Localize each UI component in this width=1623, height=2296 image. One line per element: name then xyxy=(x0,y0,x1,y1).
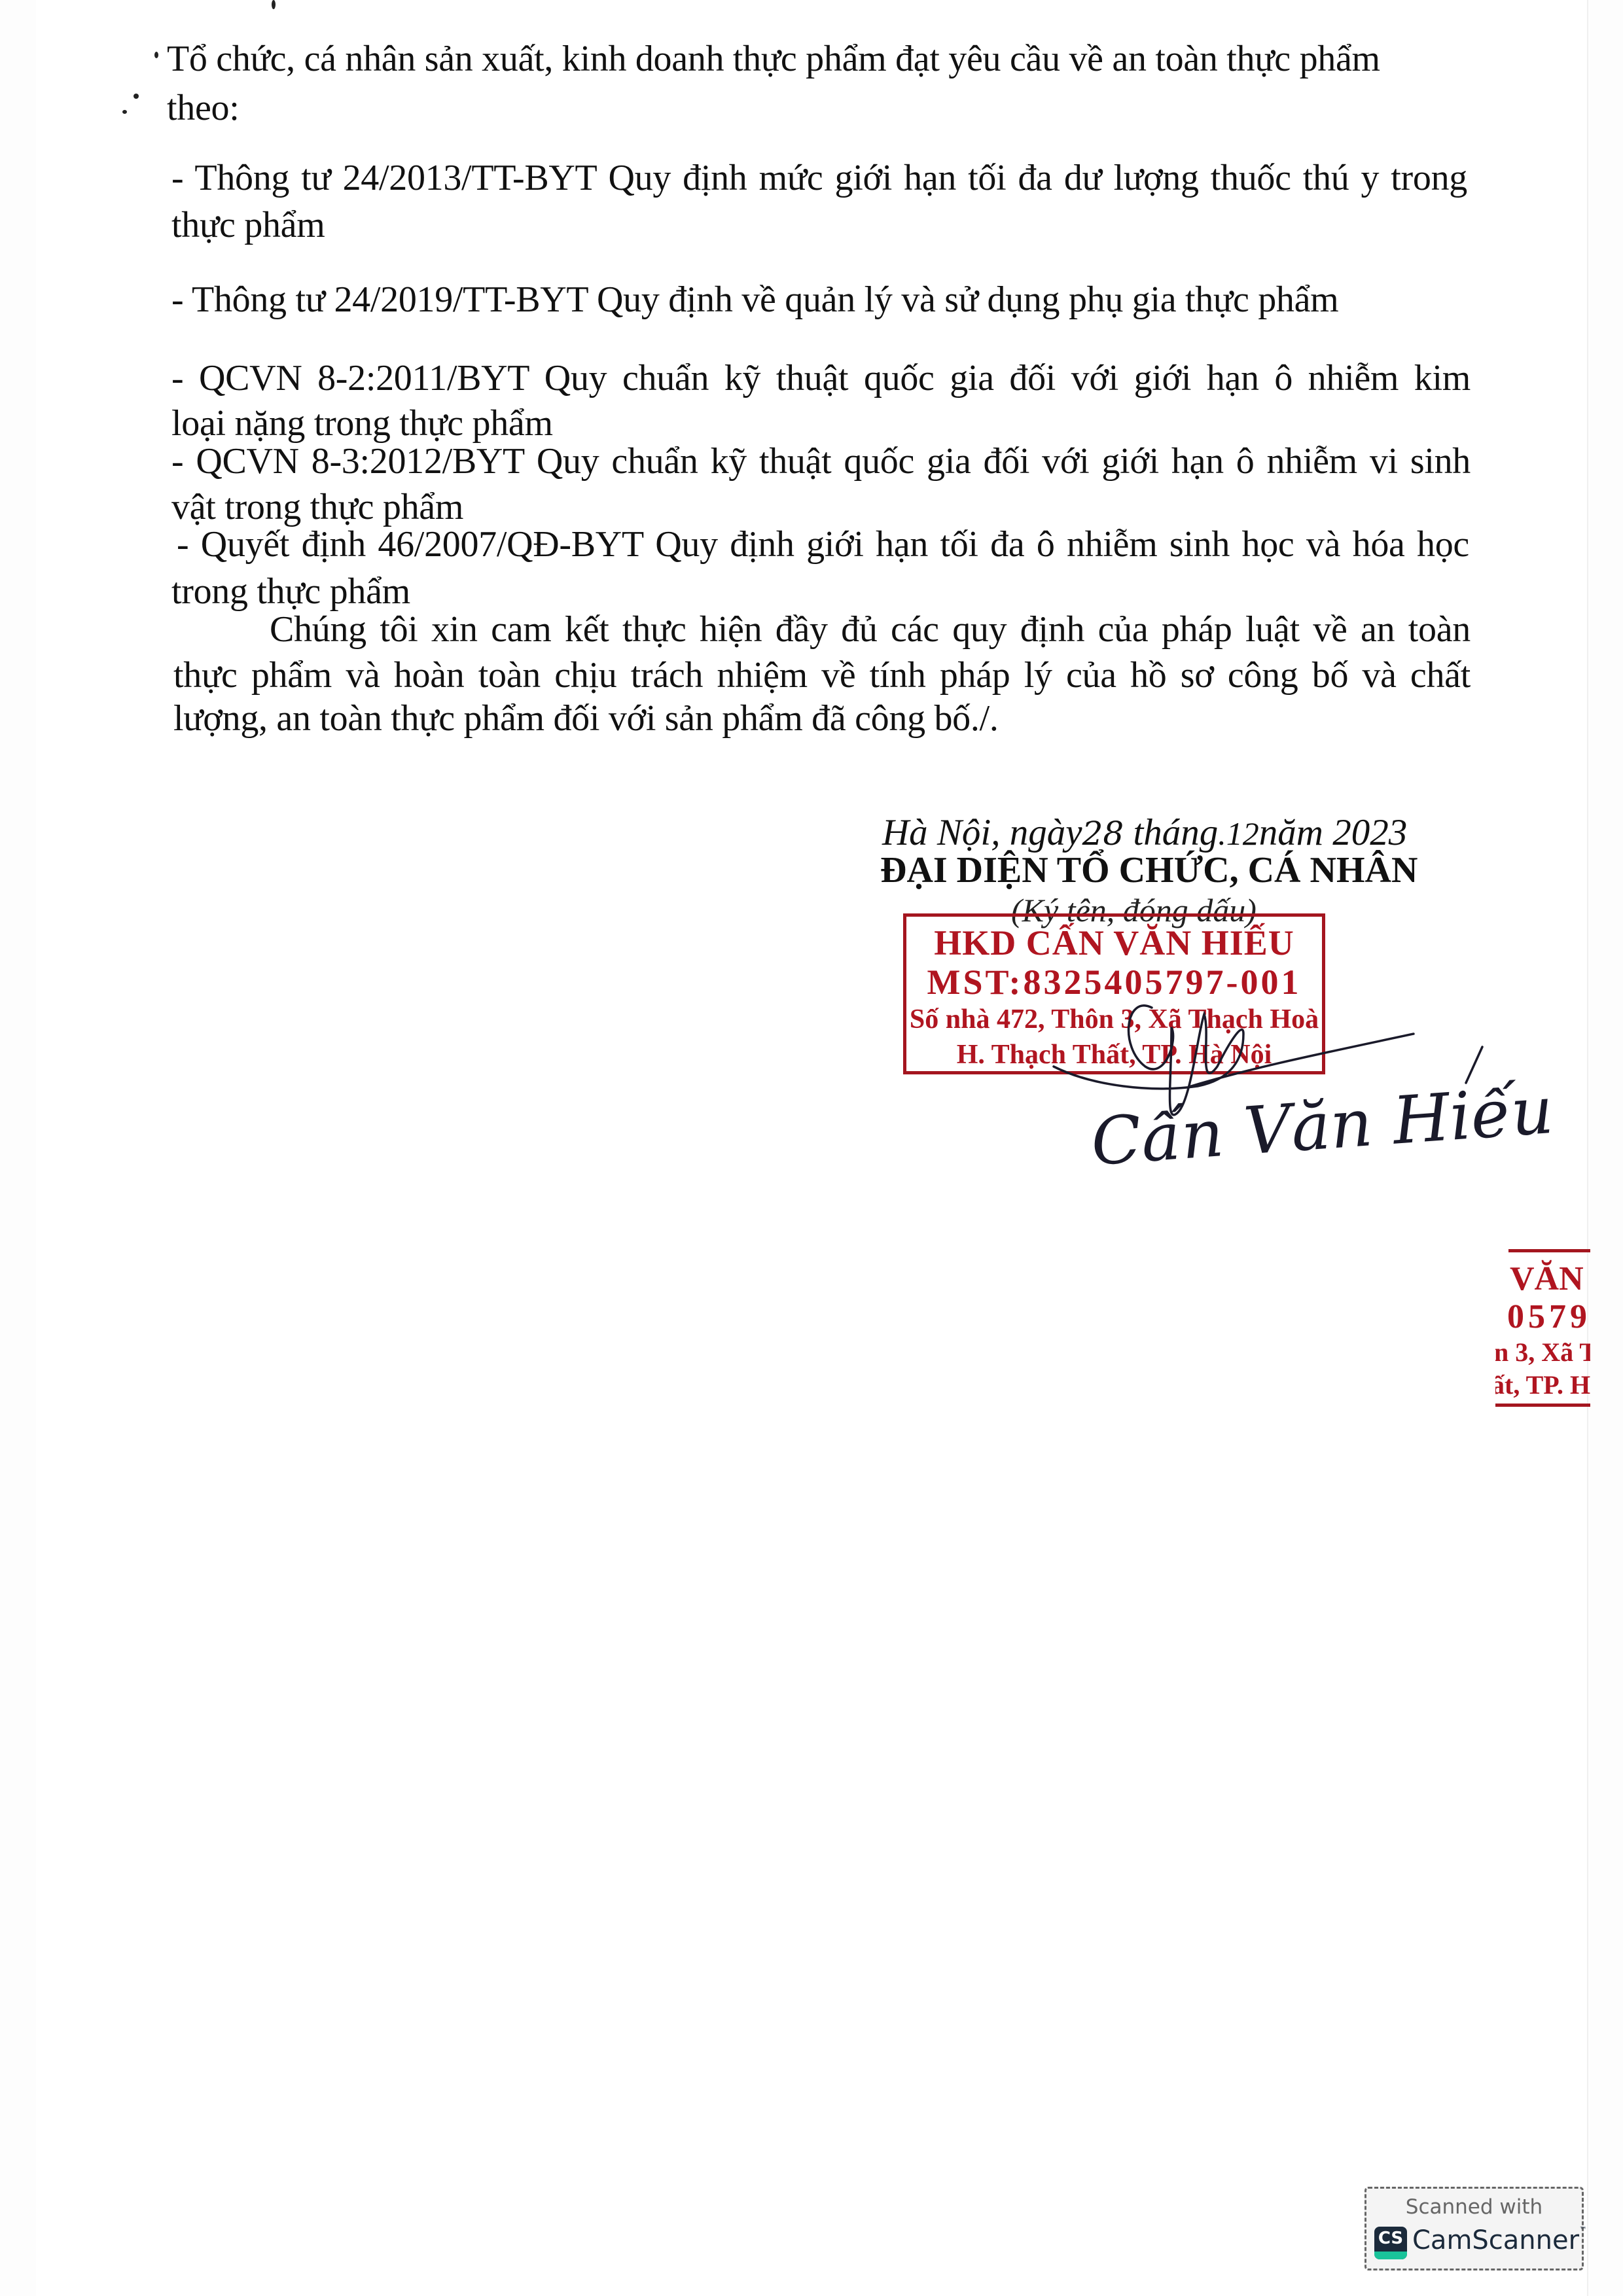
regulation-item-cont: vật trong thực phẩm xyxy=(171,486,463,528)
date-year: năm 2023 xyxy=(1259,812,1407,853)
intro-line-cont: theo: xyxy=(167,87,239,129)
scan-speck xyxy=(122,110,127,114)
regulation-item-cont: thực phẩm xyxy=(171,204,325,246)
partial-stamp-text: ất, TP. H xyxy=(1495,1369,1590,1400)
intro-line: Tổ chức, cá nhân sản xuất, kinh doanh th… xyxy=(167,38,1380,80)
scan-speck xyxy=(134,94,139,99)
commitment-paragraph: Chúng tôi xin cam kết thực hiện đầy đủ c… xyxy=(270,609,1471,650)
commitment-paragraph: thực phẩm và hoàn toàn chịu trách nhiệm … xyxy=(173,654,1471,696)
stamp-border xyxy=(1508,1249,1590,1252)
camscanner-logo-icon: CS xyxy=(1374,2227,1407,2259)
commitment-paragraph: lượng, an toàn thực phẩm đối với sản phẩ… xyxy=(173,698,999,739)
partial-stamp-text: n 3, Xã T xyxy=(1495,1337,1590,1368)
regulation-item: - Quyết định 46/2007/QĐ-BYT Quy định giớ… xyxy=(177,523,1469,565)
partial-stamp-text: VĂN xyxy=(1510,1260,1584,1298)
regulation-item: - QCVN 8-3:2012/BYT Quy chuẩn kỹ thuật q… xyxy=(171,440,1471,482)
date-line: Hà Nội, ngày28 tháng.12năm 2023 xyxy=(882,811,1407,854)
regulation-item: - QCVN 8-2:2011/BYT Quy chuẩn kỹ thuật q… xyxy=(171,357,1471,399)
stamp-border xyxy=(1495,1404,1590,1407)
partial-stamp-text: 0579 xyxy=(1507,1298,1590,1336)
date-day: 28 xyxy=(1082,815,1124,853)
date-prefix: Hà Nội, ngày xyxy=(882,812,1082,853)
date-month: .12 xyxy=(1218,815,1259,852)
partial-stamp-edge: VĂN 0579 n 3, Xã T ất, TP. H xyxy=(1495,1246,1590,1410)
camscanner-watermark: Scanned with CS CamScanner™ xyxy=(1364,2187,1584,2270)
regulation-item-cont: trong thực phẩm xyxy=(171,571,410,612)
watermark-caption: Scanned with xyxy=(1366,2195,1582,2219)
scan-speck xyxy=(272,0,276,9)
representative-title: ĐẠI DIỆN TỔ CHỨC, CÁ NHÂN xyxy=(880,849,1418,891)
regulation-item: - Thông tư 24/2019/TT-BYT Quy định về qu… xyxy=(171,279,1338,321)
watermark-brand: CamScanner™ xyxy=(1412,2225,1587,2255)
date-month-word: tháng xyxy=(1133,812,1218,853)
regulation-item-cont: loại nặng trong thực phẩm xyxy=(171,402,553,444)
scan-speck xyxy=(154,52,158,58)
regulation-item: - Thông tư 24/2013/TT-BYT Quy định mức g… xyxy=(171,157,1467,199)
signature-scribble: Cấn Văn Hiếu xyxy=(982,936,1571,1263)
